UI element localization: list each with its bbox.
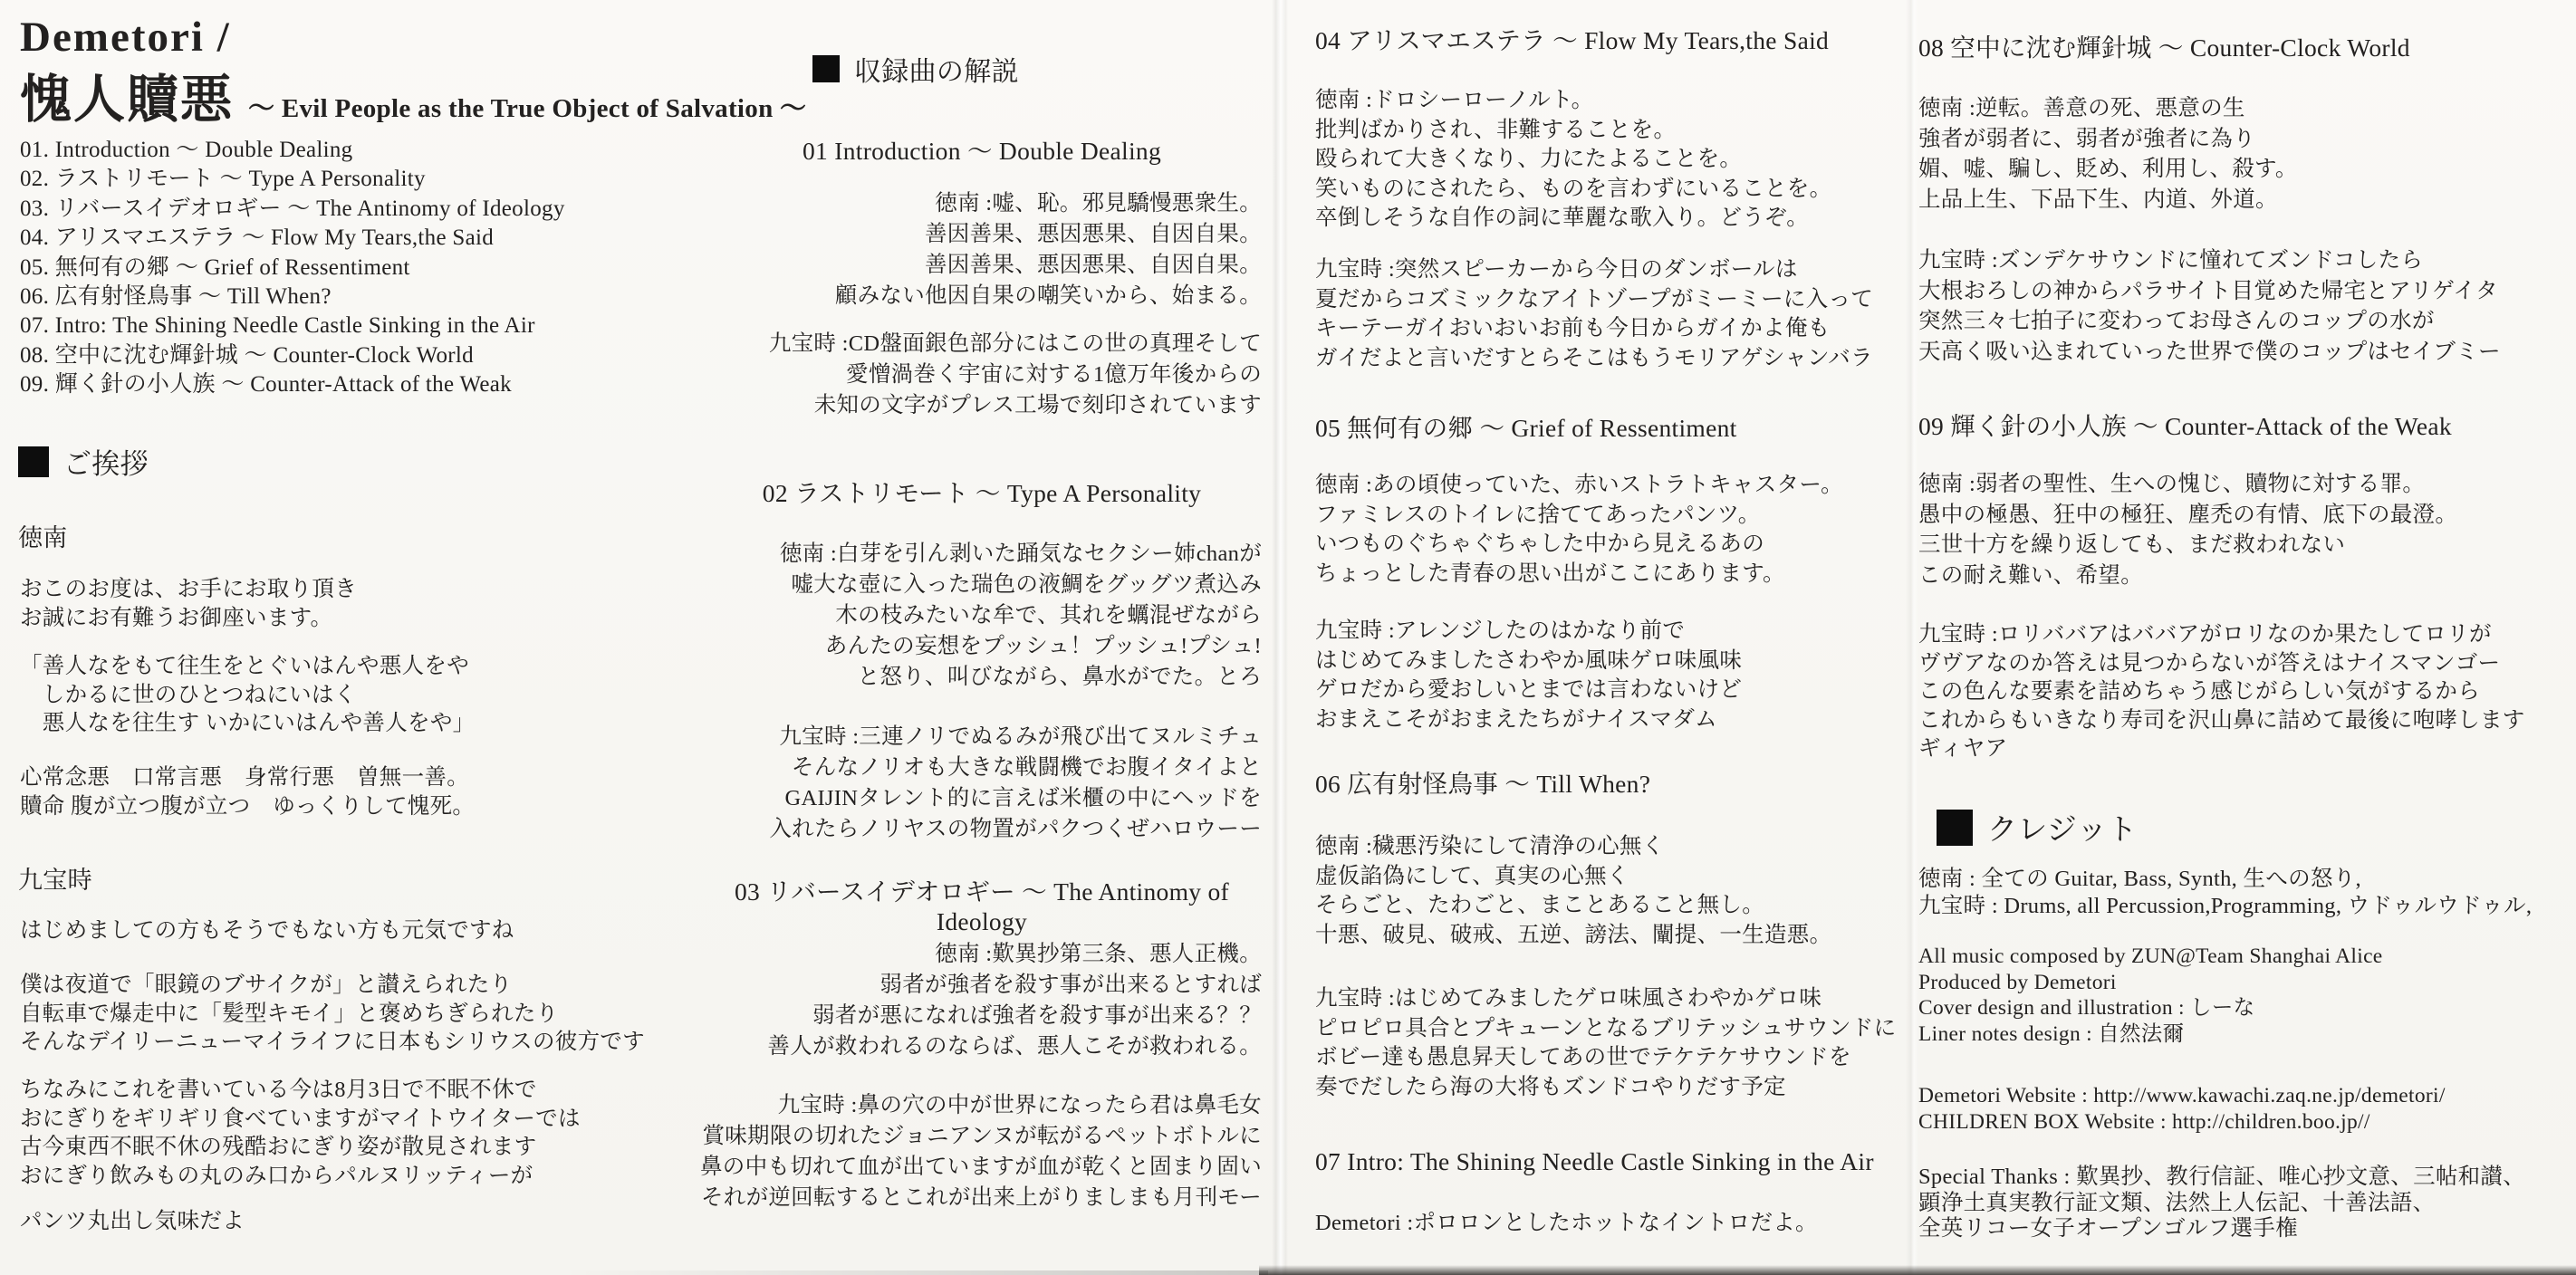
comment-line: ギィヤア [1918, 734, 2525, 763]
comment-line: 九宝時 :三連ノリでぬるみが飛び出てヌルミチュ [769, 722, 1262, 753]
comment-line: それが逆回転するとこれが出来上がりましまも月刊モー [700, 1183, 1262, 1213]
track07-demetori-comment: Demetori :ポロロンとしたホットなイントロだよ。 [1315, 1209, 1818, 1239]
page-crease [1272, 0, 1288, 1275]
text-line: 自転車で爆走中に「髪型キモイ」と褒めちぎられたり [20, 1000, 645, 1029]
credit-line: 顕浄土真実教行証文類、法然上人伝記、十善法語、 [1918, 1191, 2525, 1217]
comment-line: 入れたらノリヤスの物置がパクつくぜハロウーー [769, 814, 1262, 845]
tracklist: 01. Introduction ～ Double Dealing02. ラスト… [20, 136, 565, 400]
comment-line: と怒り、叫びながら、鼻水がでた。とろ [780, 662, 1262, 693]
track03-title: 03 リバースイデオロギー ～ The Antinomy of Ideology [693, 871, 1271, 936]
comment-line: 媚、嘘、騙し、貶め、利用し、殺す。 [1918, 154, 2298, 185]
text-line: 悪人なを往生す いかにいはんや善人をや」 [20, 709, 475, 738]
greeting-kuhoji-paragraph: パンツ丸出し気味だよ [20, 1207, 245, 1236]
text-line: ちなみにこれを書いている今は8月3日で不眠不休で [20, 1076, 581, 1105]
artist-title: Demetori / [20, 13, 231, 62]
greeting-kuhoji-paragraph: 僕は夜道で「眼鏡のブサイクが」と讃えられたり自転車で爆走中に「髪型キモイ」と褒め… [20, 971, 645, 1057]
track06-tokunan-comment: 徳南 :穢悪汚染にして清浄の心無く虚仮諂偽にして、真実の心無くそらごと、たわごと… [1315, 832, 1831, 950]
comment-line: ピロピロ具合とプキューンとなるブリテッシュサウンドに [1315, 1014, 1896, 1044]
comment-line: この耐え難い、希望。 [1918, 561, 2457, 591]
credit-line: 全英リコー女子オープンゴルフ選手権 [1918, 1216, 2525, 1242]
comment-line: いつものぐちゃぐちゃした中から見えるあの [1315, 530, 1843, 560]
comment-line: キーテーガイおいおいお前も今日からガイかよ俺も [1315, 314, 1873, 344]
comment-line: 善人が救われるのならば、悪人こそが救われる。 [767, 1031, 1262, 1062]
website-line: CHILDREN BOX Website : http://children.b… [1918, 1109, 2446, 1136]
commentary-column-2: 04 アリスマエステラ ～ Flow My Tears,the Said 徳南 … [1315, 0, 1913, 1275]
comment-line: 奏でだしたら海の大将もズンドコやりだす予定 [1315, 1073, 1896, 1103]
text-line: しかるに世のひとつねにいはく [20, 681, 475, 710]
comment-line: 突然三々七拍子に変わってお母さんのコップの水が [1918, 306, 2501, 337]
black-square-icon [1937, 810, 1973, 846]
track05-title: 05 無何有の郷 ～ Grief of Ressentiment [1315, 407, 1737, 444]
comment-line: 大根おろしの神からパラサイト目覚めた帰宅とアリゲイタ [1918, 276, 2501, 307]
text-line: おにぎり飲みもの丸のみ口からパルヌリッティーが [20, 1162, 581, 1191]
track01-kuhoji-comment: 九宝時 :CD盤面銀色部分にはこの世の真理そして愛憎渦巻く宇宙に対する1億万年後… [769, 329, 1262, 421]
track01-tokunan-comment: 徳南 :嘘、恥。邪見驕慢悪衆生。善因善果、悪因悪果、自因自果。善因善果、悪因悪果… [835, 188, 1262, 312]
track02-tokunan-comment: 徳南 :白芽を引ん剥いた踊気なセクシー姉chanが嘘大な壺に入った瑞色の液鯛をグ… [780, 539, 1262, 693]
comment-line: 徳南 :歎異抄第三条、悪人正機。 [767, 939, 1262, 970]
comment-line: そんなノリオも大きな戦闘機でお腹イタイよと [769, 753, 1262, 783]
comment-line: 嘘大な壺に入った瑞色の液鯛をグッグツ煮込み [780, 570, 1262, 600]
credit-line: Liner notes design : 自然法爾 [1918, 1021, 2383, 1048]
page-crease [1906, 0, 1918, 1275]
text-line: 古今東西不眠不休の残酷おにぎり姿が散見されます [20, 1133, 581, 1162]
tracklist-item: 02. ラストリモート ～ Type A Personality [20, 165, 565, 194]
comment-line: 弱者が強者を殺す事が出来るとすれば [767, 970, 1262, 1001]
track01-title: 01 Introduction ～ Double Dealing [693, 130, 1271, 167]
comment-line: 未知の文字がプレス工場で刻印されています [769, 390, 1262, 421]
comment-line: そらごと、たわごと、まことあること無し。 [1315, 891, 1831, 921]
credit-line: All music composed by ZUN@Team Shanghai … [1918, 944, 2383, 970]
comment-line: Demetori :ポロロンとしたホットなイントロだよ。 [1315, 1209, 1818, 1239]
commentary-header: 収録曲の解説 [812, 49, 1019, 89]
comment-line: 顧みない他因自果の嘲笑いから、始まる。 [835, 281, 1262, 312]
tracklist-item: 05. 無何有の郷 ～ Grief of Ressentiment [20, 254, 565, 283]
website-line: Demetori Website : http://www.kawachi.za… [1918, 1083, 2446, 1109]
comment-line: 善因善果、悪因悪果、自因自果。 [835, 219, 1262, 250]
track08-kuhoji-comment: 九宝時 :ズンデケサウンドに憧れてズンドコしたら大根おろしの神からパラサイト目覚… [1918, 245, 2501, 367]
comment-line: 愛憎渦巻く宇宙に対する1億万年後からの [769, 359, 1262, 390]
comment-line: ガイだよと言いだすとらそこはもうモリアゲシャンバラ [1315, 344, 1873, 374]
tracklist-item: 09. 輝く針の小人族 ～ Counter-Attack of the Weak [20, 370, 565, 399]
text-line: 「善人なをもて往生をとぐいはんや悪人をや [20, 652, 475, 681]
comment-line: 九宝時 :CD盤面銀色部分にはこの世の真理そして [769, 329, 1262, 359]
commentary-header-label: 収録曲の解説 [854, 49, 1019, 89]
greeting-tokunan-name: 徳南 [18, 518, 68, 553]
track03-kuhoji-comment: 九宝時 :鼻の穴の中が世界になったら君は鼻毛女賞味期限の切れたジョニアンヌが転が… [700, 1090, 1262, 1213]
greeting-kuhoji-name: 九宝時 [18, 860, 92, 896]
tracklist-item: 03. リバースイデオロギー ～ The Antinomy of Ideolog… [20, 195, 565, 224]
text-line: はじめましての方もそうでもない方も元気ですね [20, 916, 514, 945]
text-line: 贖命 腹が立つ腹が立つ ゆっくりして愧死。 [20, 792, 475, 821]
commentary-column-3: 08 空中に沈む輝針城 ～ Counter-Clock World 徳南 :逆転… [1918, 0, 2576, 1275]
greeting-tokunan-paragraph: おこのお度は、お手にお取り頂きお誠にお有難うお御座います。 [20, 575, 357, 632]
comment-line: あんたの妄想をプッシュ！プッシュ!プシュ! [780, 631, 1262, 662]
tracklist-item: 07. Intro: The Shining Needle Castle Sin… [20, 312, 565, 340]
track09-tokunan-comment: 徳南 :弱者の聖性、生への愧じ、贖物に対する罪。愚中の極愚、狂中の極狂、塵禿の有… [1918, 469, 2457, 590]
credit-line: Produced by Demetori [1918, 970, 2383, 996]
text-line: 心常念悪 口常言悪 身常行悪 曽無一善。 [20, 763, 475, 792]
comment-line: 善因善果、悪因悪果、自因自果。 [835, 250, 1262, 281]
comment-line: 弱者が悪になれば強者を殺す事が出来る？？ [767, 1001, 1262, 1031]
comment-line: 殴られて大きくなり、力にたよることを。 [1315, 145, 1831, 175]
tracklist-item: 08. 空中に沈む輝針城 ～ Counter-Clock World [20, 341, 565, 370]
track08-tokunan-comment: 徳南 :逆転。善意の死、悪意の生強者が弱者に、弱者が強者に為り媚、嘘、騙し、貶め… [1918, 93, 2298, 215]
credits-websites: Demetori Website : http://www.kawachi.za… [1918, 1083, 2446, 1135]
greeting-kuhoji-paragraph: はじめましての方もそうでもない方も元気ですね [20, 916, 514, 945]
black-square-icon [18, 446, 49, 477]
album-title-jp: 愧人贖悪 [20, 58, 234, 132]
track09-title: 09 輝く針の小人族 ～ Counter-Attack of the Weak [1918, 406, 2452, 442]
comment-line: ゲロだから愛おしいとまでは言わないけど [1315, 676, 1742, 705]
greeting-header-label: ご挨拶 [63, 441, 149, 482]
comment-line: 愚中の極愚、狂中の極狂、塵禿の有情、底下の最澄。 [1918, 500, 2457, 531]
comment-line: GAIJINタレント的に言えば米櫃の中にヘッドを [769, 783, 1262, 814]
comment-line: 夏だからコズミックなアイトゾープがミーミーに入って [1315, 285, 1873, 315]
tracklist-item: 01. Introduction ～ Double Dealing [20, 136, 565, 165]
greeting-kuhoji-paragraph: ちなみにこれを書いている今は8月3日で不眠不休でおにぎりをギリギリ食べていますが… [20, 1076, 581, 1190]
greeting-header: ご挨拶 [18, 441, 149, 482]
tracklist-item: 04. アリスマエステラ ～ Flow My Tears,the Said [20, 224, 565, 253]
comment-line: 笑いものにされたら、ものを言わずにいることを。 [1315, 175, 1831, 205]
comment-line: 九宝時 :ズンデケサウンドに憧れてズンドコしたら [1918, 245, 2501, 276]
comment-line: 九宝時 :ロリババアはババアがロリなのか果たしてロリが [1918, 620, 2525, 649]
comment-line: 強者が弱者に、弱者が強者に為り [1918, 124, 2298, 155]
credit-line: Special Thanks : 歎異抄、教行信証、唯心抄文意、三帖和讃、 [1918, 1165, 2525, 1191]
commentary-column-1: 収録曲の解説 01 Introduction ～ Double Dealing … [765, 0, 1262, 1275]
track02-title: 02 ラストリモート ～ Type A Personality [693, 473, 1271, 509]
text-line: おこのお度は、お手にお取り頂き [20, 575, 357, 604]
comment-line: これからもいきなり寿司を沢山鼻に詰めて最後に咆哮します [1918, 706, 2525, 735]
liner-notes-scan: Demetori / 愧人贖悪 ～ Evil People as the Tru… [0, 0, 2576, 1275]
comment-line: 徳南 :穢悪汚染にして清浄の心無く [1315, 832, 1831, 862]
comment-line: 九宝時 :アレンジしたのはかなり前で [1315, 617, 1742, 647]
credits-members: 徳南 : 全ての Guitar, Bass, Synth, 生への怒り,九宝時 … [1918, 866, 2532, 920]
track06-kuhoji-comment: 九宝時 :はじめてみましたゲロ味風さわやかゲロ味ピロピロ具合とプキューンとなるブ… [1315, 984, 1896, 1102]
greeting-tokunan-poem: 「善人なをもて往生をとぐいはんや悪人をや しかるに世のひとつねにいはく 悪人なを… [20, 652, 475, 738]
comment-line: 九宝時 :鼻の穴の中が世界になったら君は鼻毛女 [700, 1090, 1262, 1121]
credits-header: クレジット [1937, 806, 2138, 848]
comment-line: 九宝時 :突然スピーカーから今日のダンボールは [1315, 255, 1873, 285]
track04-title: 04 アリスマエステラ ～ Flow My Tears,the Said [1315, 20, 1829, 56]
comment-line: 賞味期限の切れたジョニアンヌが転がるペットボトルに [700, 1121, 1262, 1152]
album-title-en: ～ Evil People as the True Object of Salv… [248, 88, 806, 125]
comment-line: 徳南 :弱者の聖性、生への愧じ、贖物に対する罪。 [1918, 469, 2457, 500]
credits-special-thanks: Special Thanks : 歎異抄、教行信証、唯心抄文意、三帖和讃、顕浄土… [1918, 1165, 2525, 1242]
comment-line: 木の枝みたいな牟で、其れを蠣混ぜながら [780, 600, 1262, 631]
track07-title: 07 Intro: The Shining Needle Castle Sink… [1315, 1147, 1874, 1176]
track09-kuhoji-comment: 九宝時 :ロリババアはババアがロリなのか果たしてロリがヴヴアなのか答えは見つから… [1918, 620, 2525, 763]
comment-line: 徳南 :白芽を引ん剥いた踊気なセクシー姉chanが [780, 539, 1262, 570]
comment-line: ファミレスのトイレに捨ててあったパンツ。 [1315, 501, 1843, 531]
credit-line: 九宝時 : Drums, all Percussion,Programming,… [1918, 893, 2532, 920]
track06-title: 06 広有射怪鳥事 ～ Till When? [1315, 763, 1650, 800]
comment-line: 鼻の中も切れて血が出ていますが血が乾くと固まり固い [700, 1152, 1262, 1183]
scan-shadow [562, 1270, 1268, 1275]
comment-line: 徳南 :逆転。善意の死、悪意の生 [1918, 93, 2298, 124]
text-line: パンツ丸出し気味だよ [20, 1207, 245, 1236]
track02-kuhoji-comment: 九宝時 :三連ノリでぬるみが飛び出てヌルミチュそんなノリオも大きな戦闘機でお腹イ… [769, 722, 1262, 845]
track08-title: 08 空中に沈む輝針城 ～ Counter-Clock World [1918, 27, 2410, 63]
comment-line: 批判ばかりされ、非難することを。 [1315, 116, 1831, 146]
text-line: お誠にお有難うお御座います。 [20, 604, 357, 633]
credit-line: 徳南 : 全ての Guitar, Bass, Synth, 生への怒り, [1918, 866, 2532, 893]
comment-line: ちょっとした青春の思い出がここにあります。 [1315, 560, 1843, 590]
track04-tokunan-comment: 徳南 :ドロシーローノルト。批判ばかりされ、非難することを。殴られて大きくなり、… [1315, 86, 1831, 234]
comment-line: はじめてみましたさわやか風味ゲロ味風味 [1315, 647, 1742, 676]
greeting-tokunan-paragraph: 心常念悪 口常言悪 身常行悪 曽無一善。贖命 腹が立つ腹が立つ ゆっくりして愧死… [20, 763, 475, 820]
comment-line: おまえこそがおまえたちがナイスマダム [1315, 705, 1742, 735]
text-line: 僕は夜道で「眼鏡のブサイクが」と讃えられたり [20, 971, 645, 1000]
track04-kuhoji-comment: 九宝時 :突然スピーカーから今日のダンボールは夏だからコズミックなアイトゾープが… [1315, 255, 1873, 373]
credits-header-label: クレジット [1987, 806, 2138, 848]
credits-production: All music composed by ZUN@Team Shanghai … [1918, 944, 2383, 1048]
track03-tokunan-comment: 徳南 :歎異抄第三条、悪人正機。弱者が強者を殺す事が出来るとすれば弱者が悪になれ… [767, 939, 1262, 1062]
comment-line: 徳南 :ドロシーローノルト。 [1315, 86, 1831, 116]
black-square-icon [812, 55, 840, 82]
track05-kuhoji-comment: 九宝時 :アレンジしたのはかなり前ではじめてみましたさわやか風味ゲロ味風味ゲロだ… [1315, 617, 1742, 734]
text-line: そんなデイリーニューマイライフに日本もシリウスの彼方です [20, 1028, 645, 1057]
comment-line: 九宝時 :はじめてみましたゲロ味風さわやかゲロ味 [1315, 984, 1896, 1014]
tracklist-item: 06. 広有射怪鳥事 ～ Till When? [20, 283, 565, 312]
comment-line: 徳南 :嘘、恥。邪見驕慢悪衆生。 [835, 188, 1262, 219]
comment-line: 徳南 :あの頃使っていた、赤いストラトキャスター。 [1315, 471, 1843, 501]
scan-shadow [1259, 1265, 2576, 1275]
comment-line: 卒倒しそうな自作の詞に華麗な歌入り。どうぞ。 [1315, 204, 1831, 234]
comment-line: 十悪、破見、破戒、五逆、謗法、闡提、一生造悪。 [1315, 921, 1831, 951]
comment-line: 上品上生、下品下生、内道、外道。 [1918, 185, 2298, 216]
track05-tokunan-comment: 徳南 :あの頃使っていた、赤いストラトキャスター。ファミレスのトイレに捨ててあっ… [1315, 471, 1843, 589]
comment-line: 虚仮諂偽にして、真実の心無く [1315, 862, 1831, 892]
comment-line: この色んな要素を詰めちゃう感じがらしい気がするから [1918, 677, 2525, 706]
text-line: おにぎりをギリギリ食べていますがマイトウイターでは [20, 1105, 581, 1134]
album-title: 愧人贖悪 ～ Evil People as the True Object of… [20, 58, 806, 132]
comment-line: ボビー達も愚息昇天してあの世でテケテケサウンドを [1315, 1043, 1896, 1073]
comment-line: 三世十方を繰り返しても、まだ救われない [1918, 530, 2457, 561]
comment-line: ヴヴアなのか答えは見つからないが答えはナイスマンゴー [1918, 649, 2525, 678]
comment-line: 天高く吸い込まれていった世界で僕のコップはセイブミー [1918, 337, 2501, 368]
credit-line: Cover design and illustration : しーな [1918, 995, 2383, 1021]
